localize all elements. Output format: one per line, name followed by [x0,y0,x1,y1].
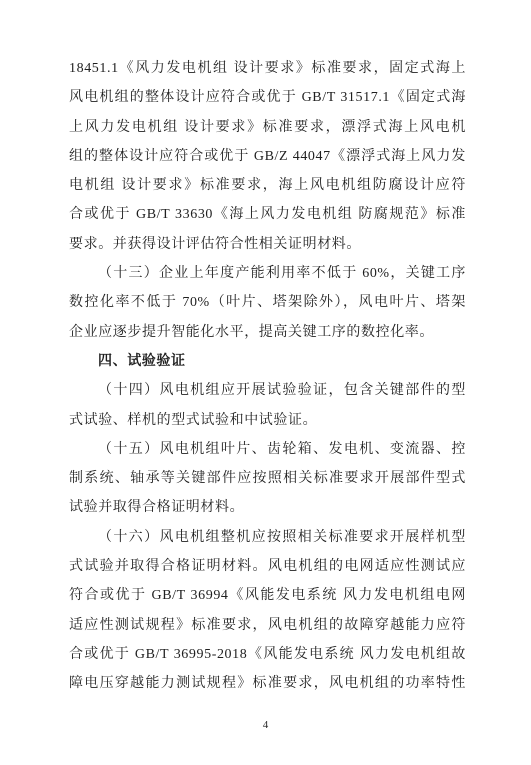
text-line: 式试验并取得合格证明材料。风电机组的电网适应性测试应 [69,552,466,581]
text-line: 18451.1《风力发电机组 设计要求》标准要求，固定式海上 [69,54,466,83]
text-line: 企业应逐步提升智能化水平，提高关键工序的数控化率。 [69,318,466,347]
text-line: （十五）风电机组叶片、齿轮箱、发电机、变流器、控 [69,435,466,464]
text-line: 制系统、轴承等关键部件应按照相关标准要求开展部件型式 [69,464,466,493]
text-line: 式试验、样机的型式试验和中试验证。 [69,406,466,435]
text-line: 电机组 设计要求》标准要求，海上风电机组防腐设计应符 [69,171,466,200]
paragraph: 四、试验验证 [69,347,466,376]
text-line: 要求。并获得设计评估符合性相关证明材料。 [69,230,466,259]
page-number: 4 [0,718,531,732]
text-line: 数控化率不低于 70%（叶片、塔架除外），风电叶片、塔架 [69,288,466,317]
paragraph: （十三）企业上年度产能利用率不低于 60%，关键工序 数控化率不低于 70%（叶… [69,259,466,347]
section-heading: 四、试验验证 [69,347,466,376]
paragraph: （十六）风电机组整机应按照相关标准要求开展样机型 式试验并取得合格证明材料。风电… [69,523,466,699]
document-page: 18451.1《风力发电机组 设计要求》标准要求，固定式海上 风电机组的整体设计… [0,0,531,765]
text-line: 适应性测试规程》标准要求，风电机组的故障穿越能力应符 [69,611,466,640]
text-line: 障电压穿越能力测试规程》标准要求，风电机组的功率特性 [69,669,466,698]
text-line: （十六）风电机组整机应按照相关标准要求开展样机型 [69,523,466,552]
text-line: 上风力发电机组 设计要求》标准要求，漂浮式海上风电机 [69,113,466,142]
text-line: （十四）风电机组应开展试验验证，包含关键部件的型 [69,376,466,405]
paragraph: （十五）风电机组叶片、齿轮箱、发电机、变流器、控 制系统、轴承等关键部件应按照相… [69,435,466,523]
page-body: 18451.1《风力发电机组 设计要求》标准要求，固定式海上 风电机组的整体设计… [69,54,466,699]
text-line: 组的整体设计应符合或优于 GB/Z 44047《漂浮式海上风力发 [69,142,466,171]
text-line: （十三）企业上年度产能利用率不低于 60%，关键工序 [69,259,466,288]
text-line: 试验并取得合格证明材料。 [69,493,466,522]
text-line: 风电机组的整体设计应符合或优于 GB/T 31517.1《固定式海 [69,83,466,112]
text-line: 合或优于 GB/T 36995-2018《风能发电系统 风力发电机组故 [69,640,466,669]
paragraph: （十四）风电机组应开展试验验证，包含关键部件的型 式试验、样机的型式试验和中试验… [69,376,466,435]
paragraph: 18451.1《风力发电机组 设计要求》标准要求，固定式海上 风电机组的整体设计… [69,54,466,259]
text-line: 符合或优于 GB/T 36994《风能发电系统 风力发电机组电网 [69,581,466,610]
text-line: 合或优于 GB/T 33630《海上风力发电机组 防腐规范》标准 [69,200,466,229]
